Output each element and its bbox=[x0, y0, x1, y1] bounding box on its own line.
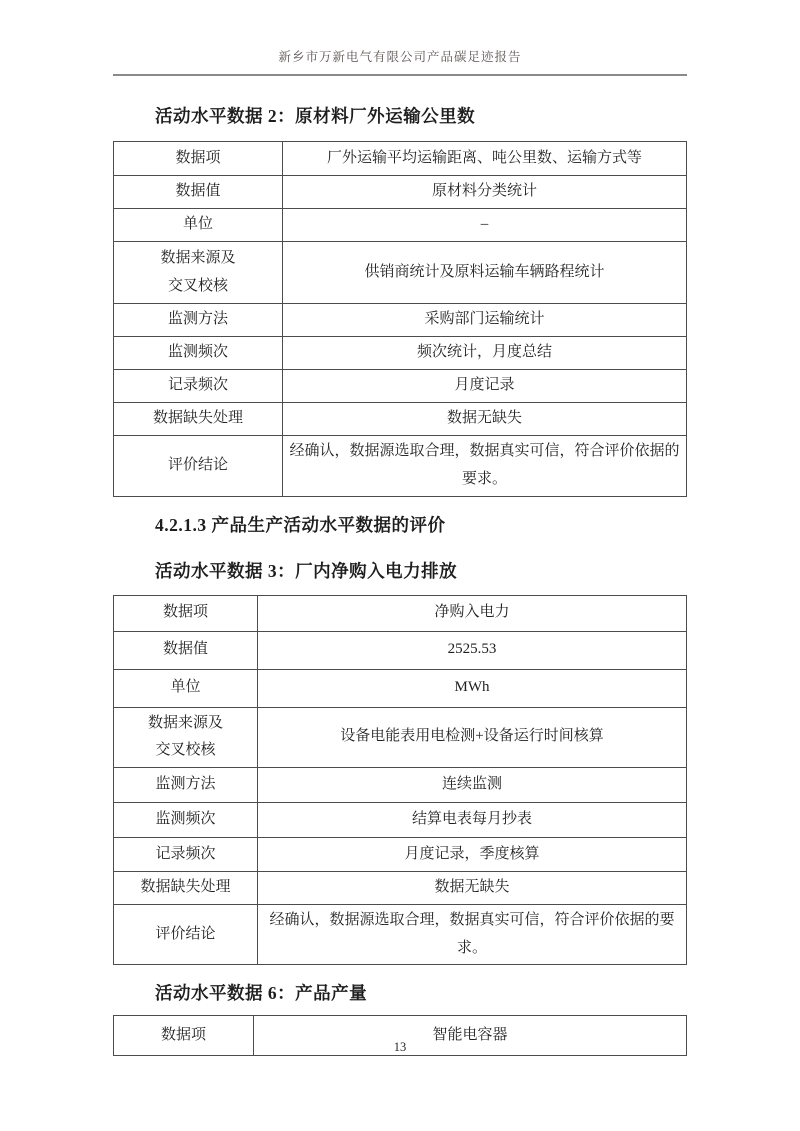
row-value-cell: 设备电能表用电检测+设备运行时间核算 bbox=[258, 707, 687, 768]
header-rule bbox=[113, 74, 687, 76]
row-label-cell: 监测频次 bbox=[114, 803, 258, 838]
row-value-cell: 经确认，数据源选取合理，数据真实可信，符合评价依据的要求。 bbox=[258, 904, 687, 965]
table-row: 监测方法 采购部门运输统计 bbox=[114, 304, 687, 337]
row-label-cell: 数据缺失处理 bbox=[114, 402, 283, 435]
document-page: 新乡市万新电气有限公司产品碳足迹报告 活动水平数据 2：原材料厂外运输公里数 数… bbox=[0, 0, 800, 1131]
table-row: 监测频次 频次统计，月度总结 bbox=[114, 337, 687, 370]
table-row: 数据值 2525.53 bbox=[114, 631, 687, 669]
table-row: 数据缺失处理 数据无缺失 bbox=[114, 402, 687, 435]
row-label-cell: 评价结论 bbox=[114, 904, 258, 965]
row-label-cell: 数据项 bbox=[114, 595, 258, 631]
row-label-cell: 监测频次 bbox=[114, 337, 283, 370]
heading-activity-data-2: 活动水平数据 2：原材料厂外运输公里数 bbox=[113, 103, 687, 128]
row-value-cell: 频次统计，月度总结 bbox=[283, 337, 687, 370]
heading-activity-data-6: 活动水平数据 6：产品产量 bbox=[113, 980, 687, 1005]
table-row: 数据来源及 交叉校核 供销商统计及原料运输车辆路程统计 bbox=[114, 242, 687, 304]
table-row: 数据项 净购入电力 bbox=[114, 595, 687, 631]
row-value-cell: 月度记录 bbox=[283, 370, 687, 403]
row-value-cell: 厂外运输平均运输距离、吨公里数、运输方式等 bbox=[283, 142, 687, 176]
row-label-cell: 监测方法 bbox=[114, 304, 283, 337]
row-label-cell: 记录频次 bbox=[114, 838, 258, 872]
row-label-cell: 数据来源及 交叉校核 bbox=[114, 707, 258, 768]
row-value-cell: 连续监测 bbox=[258, 768, 687, 803]
table-row: 单位 MWh bbox=[114, 669, 687, 707]
row-value-cell: 结算电表每月抄表 bbox=[258, 803, 687, 838]
row-label-cell: 单位 bbox=[114, 209, 283, 242]
table-row: 数据项 厂外运输平均运输距离、吨公里数、运输方式等 bbox=[114, 142, 687, 176]
row-label-cell: 数据缺失处理 bbox=[114, 872, 258, 905]
page-number: 13 bbox=[0, 1040, 800, 1055]
row-value-cell: 2525.53 bbox=[258, 631, 687, 669]
table-row: 监测频次 结算电表每月抄表 bbox=[114, 803, 687, 838]
row-value-cell: 原材料分类统计 bbox=[283, 176, 687, 209]
activity-data-3-table: 数据项 净购入电力 数据值 2525.53 单位 MWh 数据来源及 交叉校核 … bbox=[113, 595, 687, 966]
table-row: 评价结论 经确认，数据源选取合理，数据真实可信，符合评价依据的要求。 bbox=[114, 904, 687, 965]
row-label-cell: 数据来源及 交叉校核 bbox=[114, 242, 283, 304]
table-row: 数据缺失处理 数据无缺失 bbox=[114, 872, 687, 905]
row-label-cell: 数据值 bbox=[114, 176, 283, 209]
table-row: 记录频次 月度记录 bbox=[114, 370, 687, 403]
heading-activity-data-3: 活动水平数据 3：厂内净购入电力排放 bbox=[113, 558, 687, 583]
table-row: 数据值 原材料分类统计 bbox=[114, 176, 687, 209]
row-label-cell: 记录频次 bbox=[114, 370, 283, 403]
row-label-cell: 单位 bbox=[114, 669, 258, 707]
row-value-cell: – bbox=[283, 209, 687, 242]
table-row: 评价结论 经确认，数据源选取合理，数据真实可信，符合评价依据的要求。 bbox=[114, 435, 687, 496]
row-label-cell: 数据项 bbox=[114, 142, 283, 176]
table-row: 监测方法 连续监测 bbox=[114, 768, 687, 803]
row-value-cell: 月度记录，季度核算 bbox=[258, 838, 687, 872]
row-value-cell: 净购入电力 bbox=[258, 595, 687, 631]
table-row: 记录频次 月度记录，季度核算 bbox=[114, 838, 687, 872]
heading-section-4-2-1-3: 4.2.1.3 产品生产活动水平数据的评价 bbox=[113, 512, 687, 537]
row-label-cell: 评价结论 bbox=[114, 435, 283, 496]
row-value-cell: 数据无缺失 bbox=[258, 872, 687, 905]
row-value-cell: MWh bbox=[258, 669, 687, 707]
activity-data-2-table: 数据项 厂外运输平均运输距离、吨公里数、运输方式等 数据值 原材料分类统计 单位… bbox=[113, 141, 687, 497]
table-row: 数据来源及 交叉校核 设备电能表用电检测+设备运行时间核算 bbox=[114, 707, 687, 768]
row-value-cell: 供销商统计及原料运输车辆路程统计 bbox=[283, 242, 687, 304]
report-header-title: 新乡市万新电气有限公司产品碳足迹报告 bbox=[113, 0, 687, 65]
row-label-cell: 数据值 bbox=[114, 631, 258, 669]
row-value-cell: 数据无缺失 bbox=[283, 402, 687, 435]
table-row: 单位 – bbox=[114, 209, 687, 242]
row-value-cell: 经确认，数据源选取合理，数据真实可信，符合评价依据的要求。 bbox=[283, 435, 687, 496]
row-label-cell: 监测方法 bbox=[114, 768, 258, 803]
row-value-cell: 采购部门运输统计 bbox=[283, 304, 687, 337]
page-content: 新乡市万新电气有限公司产品碳足迹报告 活动水平数据 2：原材料厂外运输公里数 数… bbox=[113, 0, 687, 1056]
